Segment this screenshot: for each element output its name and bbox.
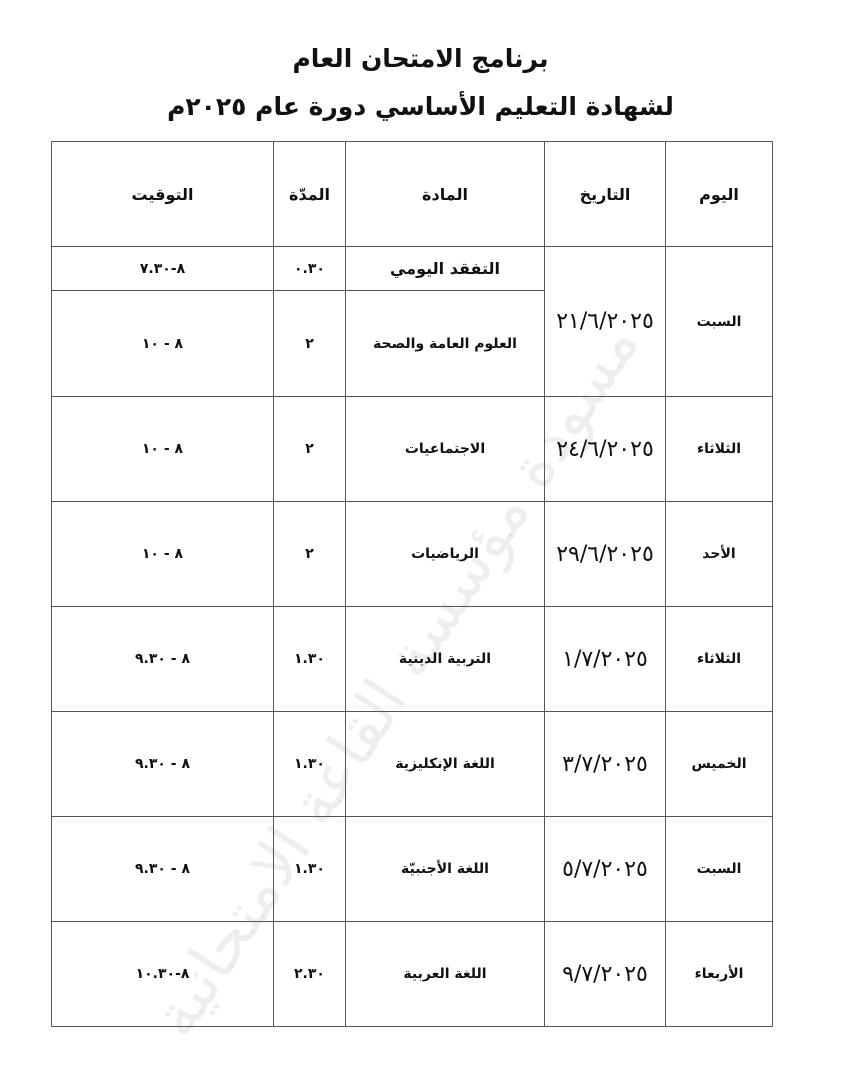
cell-duration: ١.٣٠ <box>274 607 346 712</box>
cell-time: ٨ - ١٠ <box>52 291 274 397</box>
cell-day: الأحد <box>666 502 773 607</box>
cell-subject: العلوم العامة والصحة <box>346 291 545 397</box>
cell-day: الخميس <box>666 712 773 817</box>
cell-duration: ١.٣٠ <box>274 817 346 922</box>
cell-day: الثلاثاء <box>666 607 773 712</box>
cell-time: ٨ - ١٠ <box>52 397 274 502</box>
table-header-row: اليوم التاريخ المادة المدّة التوقيت <box>52 142 773 247</box>
table-row: الخميس ٣/٧/٢٠٢٥ اللغة الإنكليزية ١.٣٠ ٨ … <box>52 712 773 817</box>
table-row: الثلاثاء ٢٤/٦/٢٠٢٥ الاجتماعيات ٢ ٨ - ١٠ <box>52 397 773 502</box>
cell-duration: ٢ <box>274 397 346 502</box>
cell-subject: اللغة الإنكليزية <box>346 712 545 817</box>
header-subject: المادة <box>346 142 545 247</box>
table-row: السبت ٢١/٦/٢٠٢٥ التفقد اليومي ٠.٣٠ ٨-٧.٣… <box>52 247 773 291</box>
table-row: الثلاثاء ١/٧/٢٠٢٥ التربية الدينية ١.٣٠ ٨… <box>52 607 773 712</box>
page-subtitle: لشهادة التعليم الأساسي دورة عام ٢٠٢٥م <box>0 92 841 121</box>
cell-subject: الرياضيات <box>346 502 545 607</box>
cell-time: ٨-٧.٣٠ <box>52 247 274 291</box>
cell-date: ٥/٧/٢٠٢٥ <box>545 817 666 922</box>
header-duration: المدّة <box>274 142 346 247</box>
cell-date: ٢١/٦/٢٠٢٥ <box>545 247 666 397</box>
page-title: برنامج الامتحان العام <box>0 44 841 73</box>
cell-subject: التفقد اليومي <box>346 247 545 291</box>
cell-subject: اللغة العربية <box>346 922 545 1027</box>
table-row: الأحد ٢٩/٦/٢٠٢٥ الرياضيات ٢ ٨ - ١٠ <box>52 502 773 607</box>
cell-time: ٨ - ٩.٣٠ <box>52 817 274 922</box>
cell-day: الأربعاء <box>666 922 773 1027</box>
cell-duration: ١.٣٠ <box>274 712 346 817</box>
table-row: السبت ٥/٧/٢٠٢٥ اللغة الأجنبيّة ١.٣٠ ٨ - … <box>52 817 773 922</box>
cell-duration: ٢ <box>274 502 346 607</box>
cell-day: السبت <box>666 817 773 922</box>
cell-duration: ٢.٣٠ <box>274 922 346 1027</box>
cell-time: ٨ - ٩.٣٠ <box>52 607 274 712</box>
cell-date: ٢٩/٦/٢٠٢٥ <box>545 502 666 607</box>
cell-time: ٨ - ٩.٣٠ <box>52 712 274 817</box>
header-date: التاريخ <box>545 142 666 247</box>
cell-day: السبت <box>666 247 773 397</box>
cell-date: ٣/٧/٢٠٢٥ <box>545 712 666 817</box>
cell-duration: ٢ <box>274 291 346 397</box>
header-day: اليوم <box>666 142 773 247</box>
cell-duration: ٠.٣٠ <box>274 247 346 291</box>
cell-date: ٢٤/٦/٢٠٢٥ <box>545 397 666 502</box>
cell-day: الثلاثاء <box>666 397 773 502</box>
header-time: التوقيت <box>52 142 274 247</box>
cell-time: ٨-١٠.٣٠ <box>52 922 274 1027</box>
cell-date: ٩/٧/٢٠٢٥ <box>545 922 666 1027</box>
exam-schedule-table: اليوم التاريخ المادة المدّة التوقيت السب… <box>51 141 773 1027</box>
cell-subject: اللغة الأجنبيّة <box>346 817 545 922</box>
cell-subject: التربية الدينية <box>346 607 545 712</box>
cell-subject: الاجتماعيات <box>346 397 545 502</box>
cell-time: ٨ - ١٠ <box>52 502 274 607</box>
cell-date: ١/٧/٢٠٢٥ <box>545 607 666 712</box>
table-row: الأربعاء ٩/٧/٢٠٢٥ اللغة العربية ٢.٣٠ ٨-١… <box>52 922 773 1027</box>
